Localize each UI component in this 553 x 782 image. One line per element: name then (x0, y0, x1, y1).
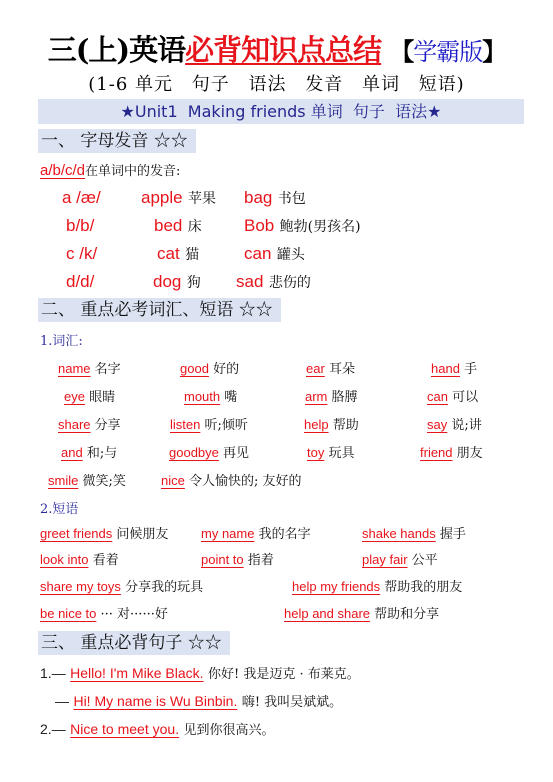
phrase: play fair (362, 552, 408, 567)
word: share (58, 417, 91, 432)
subtitle: (1-6 单元 句子 语法 发音 单词 短语) (0, 70, 553, 96)
word: goodbye (169, 445, 219, 460)
meaning: 看着 (93, 553, 119, 568)
sound-word: apple 苹果 (141, 188, 216, 208)
meaning: 眼睛 (89, 390, 115, 405)
word: eye (64, 389, 85, 404)
meaning: 朋友 (457, 446, 483, 461)
subtitle-item: 单词 (362, 74, 400, 95)
unit-number: Unit1 (135, 102, 178, 121)
section-heading-vocabulary: 二、 重点必考词汇、短语 ☆☆ (38, 298, 281, 322)
meaning: 玩具 (328, 446, 354, 461)
phrase: help and share (284, 606, 370, 621)
word: cat (157, 244, 180, 263)
phrase-item: shake hands 握手 (362, 523, 466, 542)
meaning: 握手 (440, 527, 466, 542)
vocab-item: help 帮助 (304, 414, 359, 433)
sound-word: bag 书包 (244, 188, 306, 208)
vocab-label: 1.词汇: (40, 330, 83, 349)
vocab-item: and 和;与 (61, 442, 117, 461)
word: ear (306, 361, 325, 376)
word: good (180, 361, 209, 376)
sound-row: c /k/ (66, 244, 97, 264)
bracket-close: 】 (482, 37, 505, 66)
meaning: 指着 (248, 553, 274, 568)
meaning: 帮助 (333, 418, 359, 433)
meaning: 分享我的玩具 (125, 580, 203, 595)
word: hand (431, 361, 460, 376)
subtitle-item: 句子 (192, 74, 230, 95)
vocab-item: mouth 嘴 (184, 386, 237, 405)
word: nice (161, 473, 185, 488)
vocab-item: smile 微笑;笑 (48, 470, 126, 489)
vocab-item: hand 手 (431, 358, 477, 377)
word: apple (141, 188, 183, 207)
word: dog (153, 272, 181, 291)
phrase-item: share my toys 分享我的玩具 (40, 576, 203, 595)
vocab-item: goodbye 再见 (169, 442, 249, 461)
meaning: 说;讲 (451, 418, 481, 433)
word: bed (154, 216, 182, 235)
sentence-english: Nice to meet you. (70, 721, 179, 737)
sound-word: Bob 鲍勃(男孩名) (244, 216, 361, 236)
vocab-item: arm 胳膊 (305, 386, 358, 405)
phrase: look into (40, 552, 88, 567)
meaning: 和;与 (87, 446, 117, 461)
word: bag (244, 188, 272, 207)
meaning: 帮助我的朋友 (384, 580, 462, 595)
meaning: 再见 (223, 446, 249, 461)
phrase-item: look into 看着 (40, 549, 119, 568)
vocab-item: eye 眼睛 (64, 386, 115, 405)
phonetic: a /æ/ (62, 188, 101, 207)
sentence-number: — (55, 693, 69, 709)
unit-name: Making friends (188, 102, 306, 121)
word: say (427, 417, 447, 432)
meaning: ··· 对······好 (101, 607, 168, 622)
phrase: help my friends (292, 579, 380, 594)
vocab-item: share 分享 (58, 414, 121, 433)
word: help (304, 417, 329, 432)
page-title: 三(上)英语必背知识点总结 【学霸版】 (0, 28, 553, 69)
vocab-item: can 可以 (427, 386, 478, 405)
phrase: point to (201, 552, 244, 567)
intro-text: 在单词中的发音: (85, 164, 180, 179)
sentence-number: 1.— (40, 665, 66, 681)
subtitle-item: 发音 (305, 74, 343, 95)
meaning: 令人愉快的; 友好的 (189, 474, 302, 489)
meaning: 书包 (278, 191, 306, 207)
word: can (244, 244, 271, 263)
meaning: 可以 (452, 390, 478, 405)
vocab-item: friend 朋友 (420, 442, 483, 461)
phrase: greet friends (40, 526, 112, 541)
word: arm (305, 389, 327, 404)
phonetic: b/b/ (66, 216, 94, 235)
sentence-item: — Hi! My name is Wu Binbin. 嗨! 我叫吴斌斌。 (55, 691, 342, 710)
vocab-item: nice 令人愉快的; 友好的 (161, 470, 302, 489)
title-edition: 学霸版 (413, 38, 482, 66)
section-heading-pronunciation: 一、 字母发音 ☆☆ (38, 129, 196, 153)
sentence-item: 1.— Hello! I'm Mike Black. 你好! 我是迈克 · 布莱… (40, 663, 360, 682)
sentence-number: 2.— (40, 721, 66, 737)
star-icon: ★ (121, 102, 135, 121)
meaning: 好的 (213, 362, 239, 377)
meaning: 问候朋友 (116, 527, 168, 542)
sentence-english: Hello! I'm Mike Black. (70, 665, 203, 681)
meaning: 听;倾听 (205, 418, 248, 433)
phrase-item: play fair 公平 (362, 549, 438, 568)
vocab-item: ear 耳朵 (306, 358, 355, 377)
subtitle-item: 语法 (248, 74, 286, 95)
sound-word: cat 猫 (157, 244, 199, 264)
word: smile (48, 473, 78, 488)
section-heading-sentences: 三、 重点必背句子 ☆☆ (38, 631, 230, 655)
phonetic: d/d/ (66, 272, 94, 291)
title-highlight: 必背知识点总结 (185, 33, 381, 67)
word: listen (170, 417, 200, 432)
sound-row: b/b/ (66, 216, 94, 236)
intro-letters: a/b/c/d (40, 162, 85, 179)
word: name (58, 361, 91, 376)
phrase-item: help my friends 帮助我的朋友 (292, 576, 462, 595)
sentence-chinese: 你好! 我是迈克 · 布莱克。 (208, 667, 360, 682)
meaning: 分享 (95, 418, 121, 433)
word: toy (307, 445, 324, 460)
vocab-item: listen 听;倾听 (170, 414, 248, 433)
meaning: 耳朵 (329, 362, 355, 377)
meaning: 猫 (185, 247, 199, 263)
meaning: 胳膊 (332, 390, 358, 405)
vocab-item: say 说;讲 (427, 414, 482, 433)
meaning: 罐头 (277, 247, 305, 263)
meaning: 微笑;笑 (82, 474, 125, 489)
phonetic: c /k/ (66, 244, 97, 263)
phrase-item: be nice to ··· 对······好 (40, 603, 168, 622)
meaning: 悲伤的 (269, 275, 311, 291)
vocab-item: name 名字 (58, 358, 121, 377)
unit-topic: 句子 (353, 102, 385, 121)
sound-word: dog 狗 (153, 272, 201, 292)
meaning: 手 (464, 362, 477, 377)
word: Bob (244, 216, 274, 235)
word: friend (420, 445, 453, 460)
phrase-item: help and share 帮助和分享 (284, 603, 439, 622)
subtitle-item: (1-6 单元 (88, 74, 173, 95)
sound-word: sad 悲伤的 (236, 272, 311, 292)
phrase: shake hands (362, 526, 436, 541)
sentence-english: Hi! My name is Wu Binbin. (73, 693, 237, 709)
phrase-item: point to 指着 (201, 549, 274, 568)
vocab-item: toy 玩具 (307, 442, 355, 461)
vocab-item: good 好的 (180, 358, 239, 377)
meaning: 床 (188, 219, 202, 235)
sound-row: d/d/ (66, 272, 94, 292)
unit-topic: 语法 (395, 102, 427, 121)
subtitle-item: 短语) (419, 74, 465, 95)
unit-banner: ★Unit1 Making friends 单词 句子 语法★ (38, 99, 524, 124)
phrase: be nice to (40, 606, 96, 621)
unit-topic: 单词 (311, 102, 343, 121)
meaning: 鲍勃(男孩名) (280, 219, 361, 235)
title-prefix: 三(上)英语 (48, 33, 185, 67)
phrase-item: greet friends 问候朋友 (40, 523, 168, 542)
pronunciation-intro: a/b/c/d在单词中的发音: (40, 160, 180, 179)
meaning: 苹果 (188, 191, 216, 207)
sound-row: a /æ/ (62, 188, 101, 208)
star-icon: ★ (427, 102, 441, 121)
phrase-label: 2.短语 (40, 498, 78, 517)
sentence-chinese: 嗨! 我叫吴斌斌。 (242, 695, 342, 710)
word: sad (236, 272, 263, 291)
sentence-item: 2.— Nice to meet you. 见到你很高兴。 (40, 719, 275, 738)
sentence-chinese: 见到你很高兴。 (184, 723, 275, 738)
bracket-open: 【 (390, 37, 413, 66)
meaning: 公平 (412, 553, 438, 568)
word: and (61, 445, 83, 460)
phrase-item: my name 我的名字 (201, 523, 311, 542)
sound-word: can 罐头 (244, 244, 305, 264)
meaning: 帮助和分享 (374, 607, 439, 622)
meaning: 嘴 (224, 390, 237, 405)
sound-word: bed 床 (154, 216, 202, 236)
meaning: 我的名字 (259, 527, 311, 542)
word: can (427, 389, 448, 404)
phrase: my name (201, 526, 254, 541)
phrase: share my toys (40, 579, 121, 594)
word: mouth (184, 389, 220, 404)
meaning: 狗 (187, 275, 201, 291)
meaning: 名字 (95, 362, 121, 377)
